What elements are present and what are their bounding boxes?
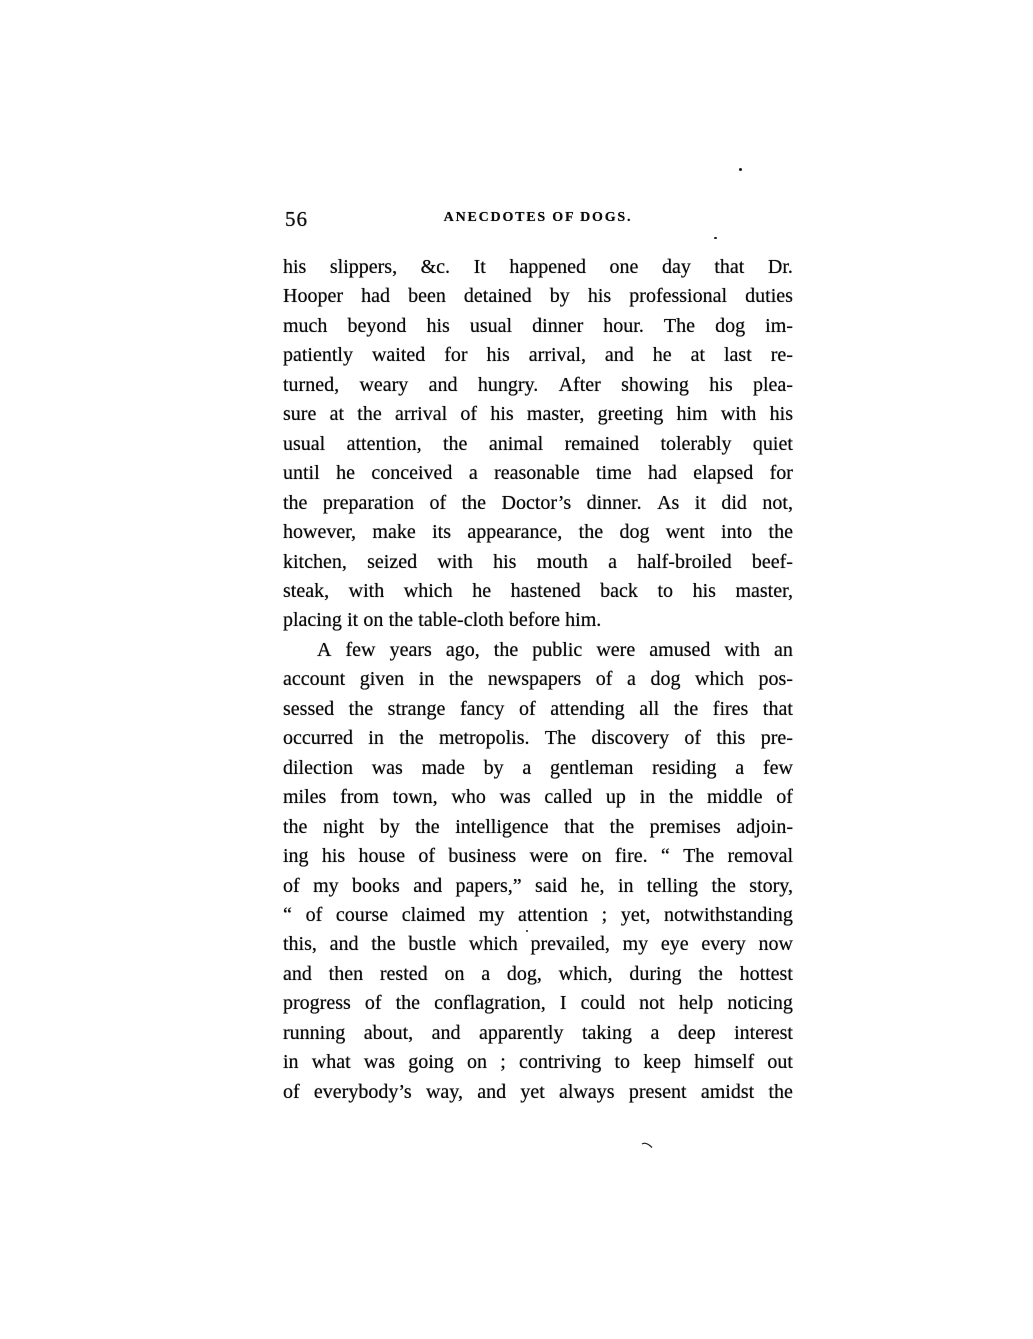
- word: removal: [727, 845, 793, 868]
- word: master,: [527, 403, 585, 426]
- word: and: [605, 344, 634, 367]
- word: were: [596, 639, 635, 662]
- word: going: [408, 1051, 454, 1074]
- word: on: [444, 963, 464, 986]
- word: elapsed: [693, 462, 753, 485]
- word: metropolis.: [439, 727, 530, 750]
- text-line: thenightbytheintelligencethatthepremises…: [283, 816, 793, 845]
- word: the: [283, 492, 307, 515]
- word: until: [283, 462, 320, 485]
- word: attention: [518, 904, 588, 927]
- text-line: steak,withwhichhehastenedbacktohismaster…: [283, 580, 793, 609]
- word: all: [639, 698, 659, 721]
- word: every: [701, 933, 745, 956]
- text-line: muchbeyondhisusualdinnerhour.Thedogim-: [283, 315, 793, 344]
- word: patiently: [283, 344, 353, 367]
- word: The: [683, 845, 714, 868]
- word: at: [330, 403, 344, 426]
- word: always: [559, 1081, 615, 1104]
- text-line: milesfromtown,whowascalledupinthemiddleo…: [283, 786, 793, 815]
- word: After: [559, 374, 601, 397]
- word: eye: [661, 933, 689, 956]
- word: the: [349, 698, 373, 721]
- word: of: [776, 786, 793, 809]
- word: quiet: [753, 433, 793, 456]
- word: of: [460, 403, 477, 426]
- word: remained: [565, 433, 639, 456]
- word: of: [684, 727, 701, 750]
- word: of: [596, 668, 613, 691]
- word: story,: [749, 875, 793, 898]
- word: his: [426, 315, 449, 338]
- word: kitchen,: [283, 551, 347, 574]
- word: contriving: [519, 1051, 601, 1074]
- word: fires: [713, 698, 749, 721]
- word: his: [770, 403, 793, 426]
- word: strange: [388, 698, 446, 721]
- word: of: [429, 492, 446, 515]
- word: the: [449, 668, 473, 691]
- word: about,: [364, 1022, 413, 1045]
- word: said: [535, 875, 567, 898]
- word: conceived: [371, 462, 452, 485]
- word: few: [763, 757, 793, 780]
- word: the: [371, 933, 395, 956]
- word: not: [639, 992, 665, 1015]
- text-line: placingitonthetable-clothbeforehim.: [283, 609, 793, 638]
- word: was: [500, 786, 531, 809]
- text-line: ofeverybody’sway,andyetalwayspresentamid…: [283, 1081, 793, 1110]
- word: dog: [650, 668, 680, 691]
- word: &c.: [421, 256, 450, 279]
- word: It: [474, 256, 486, 279]
- word: into: [721, 521, 752, 544]
- scan-speck: [714, 237, 717, 239]
- word: conflagration,: [434, 992, 546, 1015]
- word: this: [716, 727, 745, 750]
- word: dog: [715, 315, 745, 338]
- word: keep: [643, 1051, 681, 1074]
- word: its: [432, 521, 451, 544]
- word: been: [408, 285, 446, 308]
- word: he: [472, 580, 491, 603]
- word: rested: [380, 963, 428, 986]
- word: beef-: [752, 551, 793, 574]
- word: in: [640, 786, 656, 809]
- word: premises: [650, 816, 721, 839]
- word: interest: [734, 1022, 793, 1045]
- word: a: [522, 757, 531, 780]
- text-line: patientlywaitedforhisarrival,andheatlast…: [283, 344, 793, 373]
- word: duties: [745, 285, 793, 308]
- word: for: [444, 344, 467, 367]
- word: everybody’s: [314, 1081, 412, 1104]
- word: re-: [771, 344, 793, 367]
- text-block: hisslippers,&c.IthappenedonedaythatDr.Ho…: [283, 256, 793, 1110]
- word: with: [721, 403, 757, 426]
- text-line: progressoftheconflagration,Icouldnothelp…: [283, 992, 793, 1021]
- word: of: [365, 992, 382, 1015]
- word: I: [560, 992, 567, 1015]
- word: Doctor’s: [502, 492, 572, 515]
- word: were: [529, 845, 568, 868]
- word: by: [484, 757, 504, 780]
- paragraph: Afewyearsago,thepublicwereamusedwithanac…: [283, 639, 793, 1110]
- word: A: [317, 639, 331, 662]
- word: during: [629, 963, 681, 986]
- text-line: accountgiveninthenewspapersofadogwhichpo…: [283, 668, 793, 697]
- word: him: [676, 403, 707, 426]
- word: miles: [283, 786, 326, 809]
- word: and: [413, 875, 442, 898]
- word: years: [390, 639, 432, 662]
- text-line: ofmybooksandpapers,”saidhe,intellingthes…: [283, 875, 793, 904]
- word: tolerably: [660, 433, 731, 456]
- book-page: 56 ANECDOTES OF DOGS. hisslippers,&c.Ith…: [0, 0, 1033, 1339]
- word: detained: [464, 285, 532, 308]
- word: happened: [509, 256, 586, 279]
- word: in: [618, 875, 634, 898]
- word: ;: [500, 1051, 506, 1074]
- word: hungry.: [478, 374, 538, 397]
- word: which,: [559, 963, 613, 986]
- word: of: [519, 698, 536, 721]
- word: with: [349, 580, 385, 603]
- word: As: [657, 492, 679, 515]
- word: dog,: [507, 963, 542, 986]
- text-line: inghishouseofbusinesswereonfire.“Theremo…: [283, 845, 793, 874]
- word: and: [477, 1081, 506, 1104]
- word: dog: [619, 521, 649, 544]
- word: way,: [426, 1081, 463, 1104]
- word: “: [283, 904, 292, 927]
- word: before: [509, 609, 560, 632]
- word: at: [691, 344, 705, 367]
- word: the: [579, 521, 603, 544]
- paragraph: hisslippers,&c.IthappenedonedaythatDr.Ho…: [283, 256, 793, 639]
- word: my: [313, 875, 339, 898]
- word: progress: [283, 992, 351, 1015]
- word: was: [372, 757, 403, 780]
- word: hastened: [511, 580, 581, 603]
- word: he,: [581, 875, 605, 898]
- word: with: [437, 551, 473, 574]
- word: did: [721, 492, 747, 515]
- word: up: [606, 786, 626, 809]
- word: sessed: [283, 698, 334, 721]
- word: course: [336, 904, 388, 927]
- scan-speck: [739, 168, 742, 171]
- word: what: [312, 1051, 351, 1074]
- text-line: sessedthestrangefancyofattendingallthefi…: [283, 698, 793, 727]
- word: it: [347, 609, 358, 632]
- word: ago,: [446, 639, 480, 662]
- word: made: [422, 757, 465, 780]
- word: could: [581, 992, 625, 1015]
- text-line: untilheconceivedareasonabletimehadelapse…: [283, 462, 793, 491]
- word: in: [419, 668, 435, 691]
- word: in: [368, 727, 384, 750]
- word: “: [661, 845, 670, 868]
- text-line: andthenrestedonadog,which,duringthehotte…: [283, 963, 793, 992]
- word: account: [283, 668, 345, 691]
- word: and: [429, 374, 458, 397]
- word: last: [724, 344, 752, 367]
- word: adjoin-: [736, 816, 793, 839]
- word: this,: [283, 933, 317, 956]
- word: newspapers: [488, 668, 581, 691]
- word: by: [550, 285, 570, 308]
- word: notwithstanding: [664, 904, 793, 927]
- word: yet,: [621, 904, 650, 927]
- word: had: [648, 462, 677, 485]
- word: intelligence: [455, 816, 548, 839]
- word: his: [322, 845, 345, 868]
- word: out: [767, 1051, 793, 1074]
- word: the: [768, 1081, 792, 1104]
- scan-speck: [526, 930, 528, 932]
- word: in: [283, 1051, 299, 1074]
- word: help: [679, 992, 713, 1015]
- word: noticing: [727, 992, 793, 1015]
- word: with: [724, 639, 760, 662]
- word: amused: [649, 639, 710, 662]
- word: attending: [550, 698, 624, 721]
- word: a: [735, 757, 744, 780]
- word: placing: [283, 609, 342, 632]
- word: the: [674, 698, 698, 721]
- word: table-cloth: [418, 609, 504, 632]
- word: on: [582, 845, 602, 868]
- word: usual: [470, 315, 512, 338]
- word: back: [600, 580, 638, 603]
- word: and: [283, 963, 312, 986]
- text-line: usualattention,theanimalremainedtolerabl…: [283, 433, 793, 462]
- word: make: [372, 521, 415, 544]
- word: on: [467, 1051, 487, 1074]
- word: pre-: [761, 727, 793, 750]
- word: reasonable: [494, 462, 580, 485]
- word: of: [283, 1081, 300, 1104]
- word: a: [627, 668, 636, 691]
- word: of: [418, 845, 435, 868]
- word: master,: [735, 580, 793, 603]
- scan-mark: [641, 1136, 654, 1144]
- text-line: runningabout,andapparentlytakingadeepint…: [283, 1022, 793, 1051]
- word: night: [323, 816, 364, 839]
- word: town,: [393, 786, 438, 809]
- word: hour.: [603, 315, 644, 338]
- word: turned,: [283, 374, 339, 397]
- word: day: [662, 256, 691, 279]
- word: the: [711, 875, 735, 898]
- text-line: however,makeitsappearance,thedogwentinto…: [283, 521, 793, 550]
- word: taking: [582, 1022, 632, 1045]
- word: had: [361, 285, 390, 308]
- word: that: [564, 816, 594, 839]
- word: running: [283, 1022, 345, 1045]
- word: ;: [602, 904, 608, 927]
- text-line: dilectionwasmadebyagentlemanresidingafew: [283, 757, 793, 786]
- word: dinner.: [587, 492, 642, 515]
- word: went: [666, 521, 705, 544]
- word: dilection: [283, 757, 353, 780]
- word: hottest: [740, 963, 793, 986]
- word: appearance,: [467, 521, 562, 544]
- word: Hooper: [283, 285, 343, 308]
- word: not,: [762, 492, 793, 515]
- word: of: [306, 904, 323, 927]
- word: the: [462, 492, 486, 515]
- word: pos-: [758, 668, 792, 691]
- word: of: [283, 875, 300, 898]
- word: present: [629, 1081, 687, 1104]
- scan-speck: [391, 1061, 393, 1063]
- text-line: “ofcourseclaimedmyattention;yet,notwiths…: [283, 904, 793, 933]
- word: he: [653, 344, 672, 367]
- text-line: turned,wearyandhungry.Aftershowinghisple…: [283, 374, 793, 403]
- word: few: [346, 639, 376, 662]
- text-line: Afewyearsago,thepublicwereamusedwithan: [283, 639, 793, 668]
- word: the: [357, 403, 381, 426]
- word: one: [610, 256, 639, 279]
- word: his: [693, 580, 716, 603]
- word: fire.: [615, 845, 648, 868]
- word: a: [608, 551, 617, 574]
- word: his: [283, 256, 306, 279]
- text-line: sureatthearrivalofhismaster,greetinghimw…: [283, 403, 793, 432]
- word: the: [443, 433, 467, 456]
- word: papers,”: [456, 875, 522, 898]
- word: which: [469, 933, 518, 956]
- word: telling: [647, 875, 698, 898]
- word: seized: [367, 551, 417, 574]
- word: that: [714, 256, 744, 279]
- word: beyond: [348, 315, 407, 338]
- word: his: [486, 344, 509, 367]
- text-line: kitchen,seizedwithhismouthahalf-broiledb…: [283, 551, 793, 580]
- word: residing: [652, 757, 716, 780]
- word: to: [657, 580, 673, 603]
- word: dinner: [532, 315, 583, 338]
- word: public: [532, 639, 582, 662]
- word: time: [596, 462, 632, 485]
- word: now: [759, 933, 793, 956]
- word: plea-: [753, 374, 793, 397]
- word: the: [399, 727, 423, 750]
- word: on: [363, 609, 383, 632]
- word: his: [588, 285, 611, 308]
- running-head: ANECDOTES OF DOGS.: [283, 210, 793, 226]
- word: gentleman: [550, 757, 633, 780]
- word: much: [283, 315, 327, 338]
- word: his: [493, 551, 516, 574]
- word: given: [360, 668, 404, 691]
- word: showing: [621, 374, 689, 397]
- text-line: hisslippers,&c.IthappenedonedaythatDr.: [283, 256, 793, 285]
- word: discovery: [591, 727, 669, 750]
- word: attention,: [347, 433, 422, 456]
- word: to: [614, 1051, 630, 1074]
- word: which: [404, 580, 453, 603]
- word: who: [451, 786, 485, 809]
- word: Dr.: [768, 256, 793, 279]
- word: books: [352, 875, 400, 898]
- word: however,: [283, 521, 356, 544]
- word: an: [774, 639, 793, 662]
- text-line: occurredinthemetropolis.Thediscoveryofth…: [283, 727, 793, 756]
- word: occurred: [283, 727, 353, 750]
- word: himself: [694, 1051, 754, 1074]
- word: house: [358, 845, 405, 868]
- word: the: [769, 521, 793, 544]
- word: his: [490, 403, 513, 426]
- word: the: [283, 816, 307, 839]
- word: deep: [678, 1022, 716, 1045]
- word: im-: [765, 315, 793, 338]
- word: called: [544, 786, 592, 809]
- word: the: [389, 609, 413, 632]
- word: the: [698, 963, 722, 986]
- word: greeting: [598, 403, 664, 426]
- word: which: [695, 668, 744, 691]
- word: and: [330, 933, 359, 956]
- word: preparation: [323, 492, 414, 515]
- word: usual: [283, 433, 325, 456]
- text-line: thepreparationoftheDoctor’sdinner.Asitdi…: [283, 492, 793, 521]
- text-line: inwhatwasgoingon;contrivingtokeephimself…: [283, 1051, 793, 1080]
- word: apparently: [479, 1022, 563, 1045]
- word: it: [695, 492, 706, 515]
- word: bustle: [408, 933, 456, 956]
- word: arrival: [395, 403, 447, 426]
- word: steak,: [283, 580, 329, 603]
- word: professional: [629, 285, 727, 308]
- word: sure: [283, 403, 316, 426]
- word: business: [448, 845, 516, 868]
- word: from: [340, 786, 379, 809]
- word: for: [770, 462, 793, 485]
- word: him.: [565, 609, 601, 632]
- word: mouth: [537, 551, 588, 574]
- word: amidst: [701, 1081, 754, 1104]
- word: half-broiled: [637, 551, 731, 574]
- word: the: [396, 992, 420, 1015]
- word: animal: [489, 433, 543, 456]
- word: the: [415, 816, 439, 839]
- word: weary: [359, 374, 408, 397]
- word: a: [650, 1022, 659, 1045]
- word: the: [494, 639, 518, 662]
- word: prevailed,: [531, 933, 610, 956]
- word: my: [479, 904, 505, 927]
- word: and: [432, 1022, 461, 1045]
- word: the: [669, 786, 693, 809]
- text-line: Hooperhadbeendetainedbyhisprofessionaldu…: [283, 285, 793, 314]
- word: then: [329, 963, 363, 986]
- word: fancy: [460, 698, 504, 721]
- word: that: [763, 698, 793, 721]
- word: The: [664, 315, 695, 338]
- word: middle: [707, 786, 763, 809]
- word: he: [336, 462, 355, 485]
- word: waited: [372, 344, 425, 367]
- word: yet: [520, 1081, 544, 1104]
- word: arrival,: [529, 344, 586, 367]
- text-line: this,andthebustlewhichprevailed,myeyeeve…: [283, 933, 793, 962]
- word: a: [469, 462, 478, 485]
- word: a: [481, 963, 490, 986]
